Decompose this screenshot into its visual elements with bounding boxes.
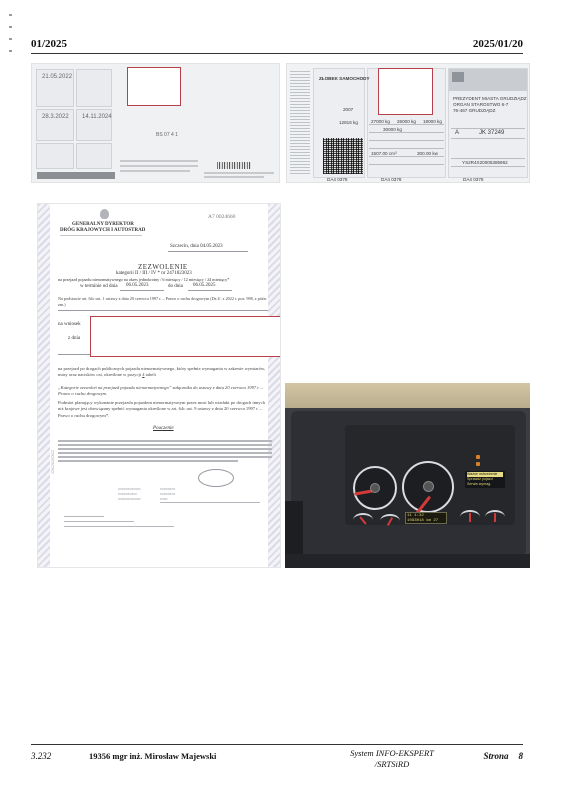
request-date-label: z dnia [68, 336, 80, 341]
engine-capacity: 1507.00 cm³ [371, 151, 397, 156]
year: 2007 [343, 107, 353, 112]
security-stripe [37, 172, 115, 179]
permit-number: A7 0024660 [208, 214, 235, 220]
permit-category: kategorii II / III / IV * nr 2471823023 [116, 271, 192, 276]
category-letter: A [455, 130, 459, 136]
footer-author: 19356 mgr inż. Mirosław Majewski [89, 751, 216, 761]
valid-from-date: 06.05.2023 [126, 283, 149, 288]
place-date: Szczecin, dnia 04.05.2023 [170, 244, 223, 249]
issuer-line: ORGAN STAROSTWO 6-7 [453, 102, 508, 107]
valid-to-date: 06.05.2025 [193, 283, 216, 288]
eagle-emblem-icon [100, 209, 109, 219]
owner-name: ZŁOBEK SAMOCHODY [319, 76, 370, 81]
stamp-date: 28.3.2022 [42, 114, 69, 120]
footer-system: System INFO-EKSPERT /SRTSiRD [337, 748, 447, 770]
page-number: 8 [519, 751, 524, 761]
permit-title: ZEZWOLENIE [138, 263, 188, 271]
permit-body-3: Podmiot planujący wykonanie przejazdu po… [58, 400, 268, 419]
signature: BS 07 4 1 [156, 132, 178, 138]
footer-page: Strona8 [483, 751, 523, 761]
permit-purpose: na przejazd pojazdu nienormatywnego na o… [58, 277, 229, 282]
weight-1: 27000 kg [371, 119, 390, 124]
dashboard-photo: 11 1:321093018 km 27 Ważne ostrzeżenie S… [285, 383, 530, 568]
header-date: 2025/01/20 [473, 38, 523, 50]
page-label: Strona [483, 751, 508, 761]
redaction-box [127, 67, 181, 106]
permit-document-scan: A7 0024660 GENERALNY DYREKTOR DRÓG KRAJO… [37, 203, 281, 568]
registration-certificate-scan-1: 21.05.2022 28.3.2022 14.11.2024 BS 07 4 … [31, 63, 280, 183]
page-footer: 3.232 19356 mgr inż. Mirosław Majewski S… [31, 744, 523, 774]
registration-certificate-scan-2: ZŁOBEK SAMOCHODY 2007 12816 kg DA4 0378 … [286, 63, 530, 183]
margin-marks [9, 14, 15, 62]
page-header: 01/2025 2025/01/20 [31, 38, 523, 54]
issuer-line: PREZYDENT MIASTA GRUDZIĄDZ [453, 96, 527, 101]
issuer-line-2: DRÓG KRAJOWYCH I AUTOSTRAD [60, 228, 145, 233]
header-period: 01/2025 [31, 38, 67, 50]
serial-number: DA4 0378 [381, 177, 401, 182]
valid-to-label: do dnia [168, 284, 183, 289]
engine-power: 300.00 kw [417, 151, 438, 156]
footer-code: 3.232 [31, 751, 51, 761]
stamp-date: 14.11.2024 [82, 114, 112, 120]
capacity: 12816 kg [339, 120, 358, 125]
permit-body-1: na przejazd po drogach publicznych pojaz… [58, 366, 268, 379]
redaction-box [90, 316, 281, 357]
official-stamp: ▭▭▭▭▭▭▭▭▭▭▭▭▭▭▭▭▭ [118, 486, 141, 501]
issuer-line-1: GENERALNY DYREKTOR [72, 222, 134, 227]
serial-number: DA4 0378 [327, 177, 347, 182]
qr-code [323, 138, 363, 174]
odometer-display: 11 1:321093018 km 27 [405, 512, 447, 524]
weight-2: 26000 kg [397, 119, 416, 124]
barcode [217, 162, 251, 169]
legal-basis: Na podstawie art. 64c ust. 1 ustawy z dn… [58, 296, 268, 307]
signature-scribble [198, 469, 234, 487]
instruction-heading: Pouczenie [153, 426, 174, 431]
stamp-date: 21.05.2022 [42, 74, 72, 80]
number-column [290, 70, 310, 174]
issuer-logo [449, 69, 527, 91]
permit-body-2: „Kategorie zezwoleń na przejazd pojazdu … [58, 385, 268, 398]
weight-3: 18000 kg [423, 119, 442, 124]
serial-number: DA4 0378 [463, 177, 483, 182]
issuer-line: 76-467 GRUDZIĄDZ [453, 108, 495, 113]
vin-number: YS2R4X20005385962 [462, 160, 508, 165]
official-stamp: ▭▭▭▭▭▭▭▭▭▭ [160, 486, 175, 501]
dashboard-message-display: Ważne ostrzeżenie Sprawdź pojazd Serwis … [465, 471, 505, 488]
registration-number: JK 37249 [479, 130, 504, 136]
redaction-box [378, 68, 433, 115]
request-label: na wniosek [58, 322, 81, 327]
margin-note: ▭▭▭▭▭ [50, 450, 56, 474]
valid-from-label: w terminie od dnia [80, 284, 118, 289]
gross-weight: 30000 kg [383, 127, 402, 132]
